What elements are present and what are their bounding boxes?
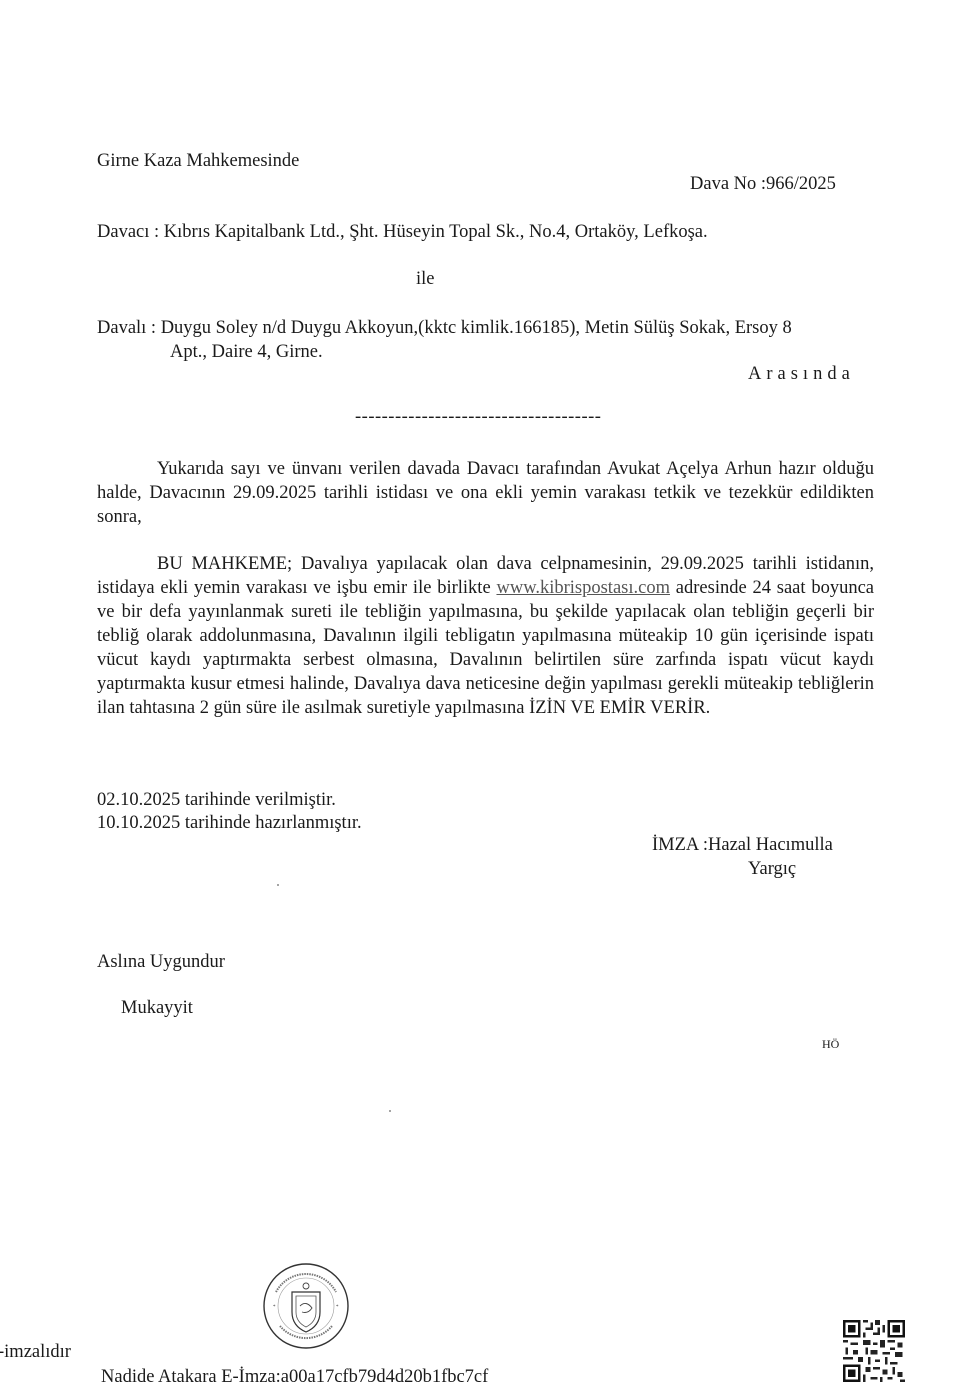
paragraph-order: BU MAHKEME; Davalıya yapılacak olan dava…: [97, 552, 874, 720]
defendant-line-2: Apt., Daire 4, Girne.: [170, 342, 323, 363]
defendant-line-1: Davalı : Duygu Soley n/d Duygu Akkoyun,(…: [97, 318, 792, 339]
plaintiff: Davacı : Kıbrıs Kapitalbank Ltd., Şht. H…: [97, 222, 708, 243]
court-seal-icon: * *: [262, 1262, 350, 1350]
separator-line: -------------------------------------: [355, 407, 601, 428]
e-signature: Nadide Atakara E-İmza:a00a17cfb79d4d20b1…: [101, 1367, 488, 1388]
connector-ile: ile: [416, 269, 435, 290]
judge-title: Yargıç: [748, 859, 796, 880]
e-signed-label: -imzalıdır: [0, 1342, 71, 1363]
paragraph-preamble: Yukarıda sayı ve ünvanı verilen davada D…: [97, 457, 874, 529]
between-label: Arasında: [748, 364, 855, 385]
date-given: 02.10.2025 tarihinde verilmiştir.: [97, 790, 336, 811]
qr-code-icon: [843, 1320, 905, 1382]
svg-text:*: *: [336, 1305, 339, 1310]
true-copy-label: Aslına Uygundur: [97, 952, 225, 973]
preamble-text: Yukarıda sayı ve ünvanı verilen davada D…: [97, 459, 874, 527]
court-name: Girne Kaza Mahkemesinde: [97, 151, 299, 172]
speck: [389, 1110, 391, 1112]
case-number: Dava No :966/2025: [690, 174, 836, 195]
initials: HÖ: [822, 1037, 839, 1052]
website-link[interactable]: www.kibrispostası.com: [496, 578, 670, 598]
order-text-end: adresinde 24 saat boyunca ve bir defa ya…: [97, 578, 874, 718]
date-prepared: 10.10.2025 tarihinde hazırlanmıştır.: [97, 813, 362, 834]
svg-text:*: *: [273, 1305, 276, 1310]
speck: [277, 884, 279, 886]
registrar-label: Mukayyit: [121, 998, 193, 1019]
judge-signature: İMZA :Hazal Hacımulla: [652, 835, 833, 856]
